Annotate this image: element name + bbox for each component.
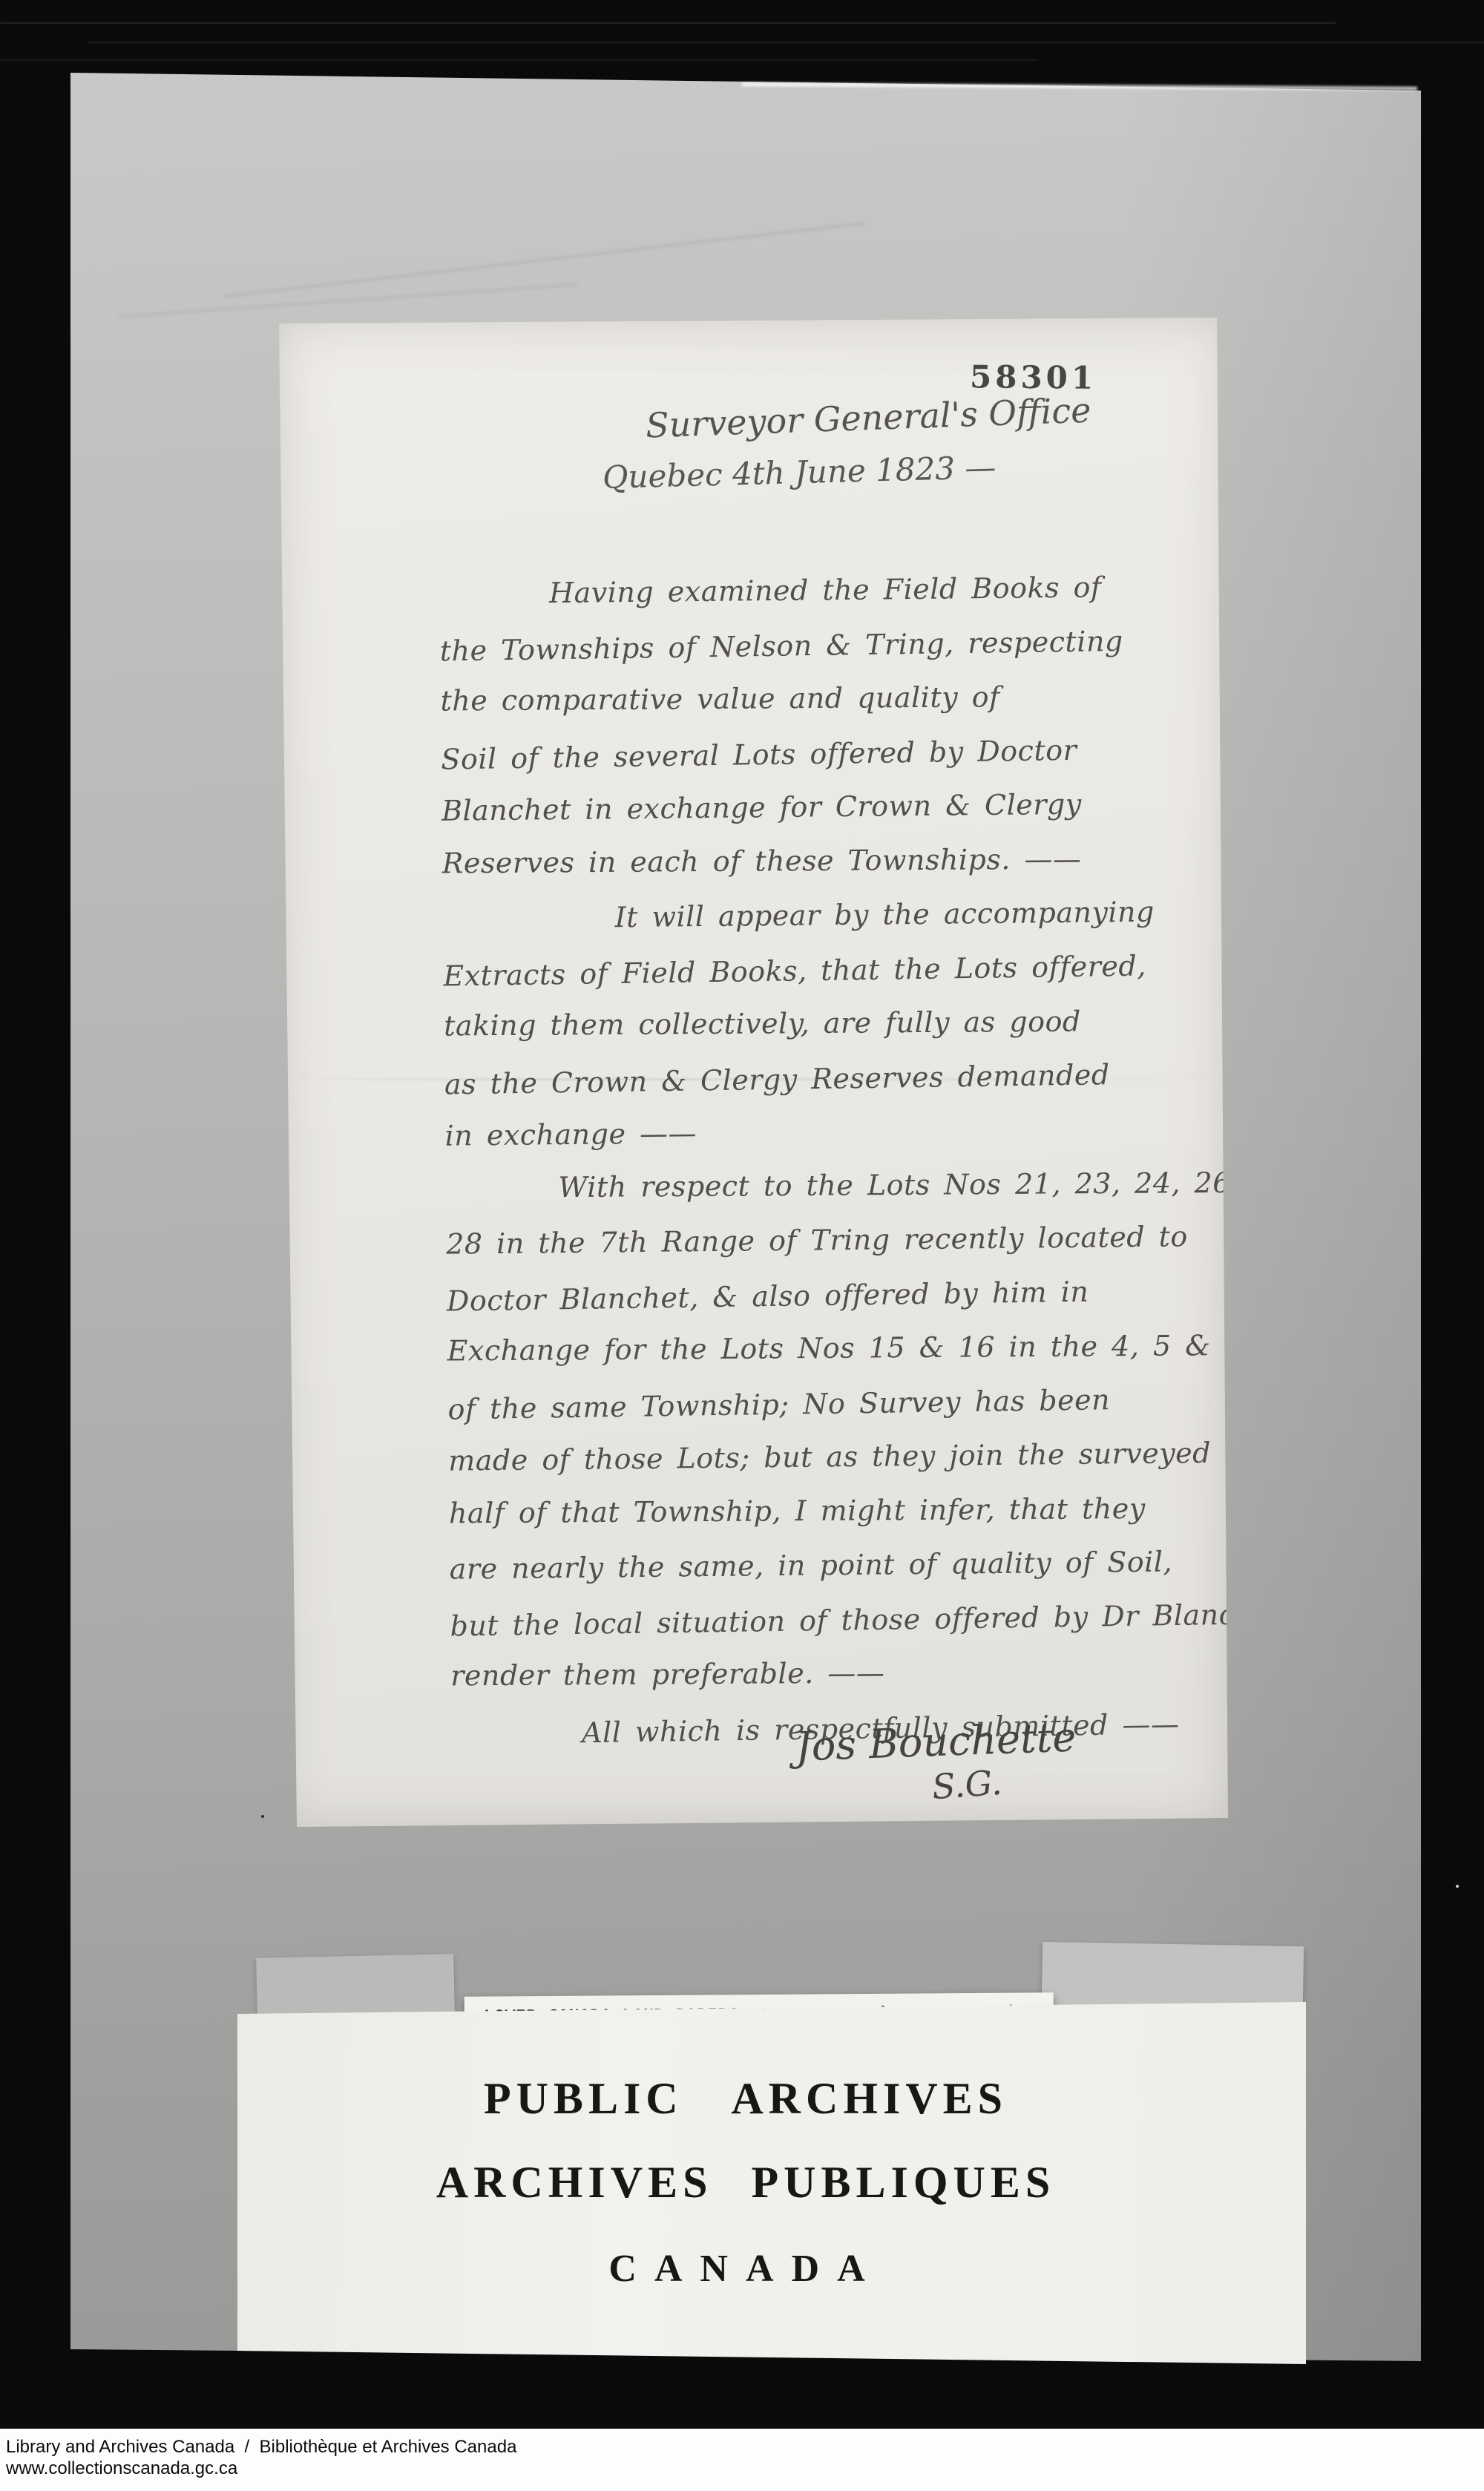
letterhead-dateline: Quebec 4th June 1823 —	[602, 449, 996, 496]
document-page: 58301 Surveyor General's Office Quebec 4…	[276, 318, 1229, 1828]
archives-card: PUBLIC ARCHIVES ARCHIVES PUBLIQUES CANAD…	[237, 2002, 1306, 2364]
film-scratch	[0, 22, 1336, 24]
footer-url: www.collectionscanada.gc.ca	[6, 2458, 1484, 2479]
signature: Jos Bouchette	[795, 1713, 1077, 1770]
archives-card-country: CANADA	[237, 2247, 1254, 2291]
film-scratch	[89, 42, 1484, 43]
tape-piece-left	[256, 1954, 455, 2016]
dust-speck	[261, 1815, 264, 1818]
signature-initials: S.G.	[930, 1762, 1003, 1807]
footer-strip: Library and Archives Canada / Bibliothèq…	[0, 2429, 1484, 2491]
film-frame: 58301 Surveyor General's Office Quebec 4…	[0, 0, 1484, 2491]
archives-card-title-en: PUBLIC ARCHIVES	[237, 2073, 1254, 2124]
film-scratch	[0, 59, 1039, 61]
dust-speck	[1456, 1885, 1459, 1888]
archives-card-title-fr: ARCHIVES PUBLIQUES	[237, 2157, 1254, 2208]
footer-institution: Library and Archives Canada / Bibliothèq…	[6, 2436, 1484, 2458]
letterhead-office: Surveyor General's Office	[645, 390, 1091, 446]
